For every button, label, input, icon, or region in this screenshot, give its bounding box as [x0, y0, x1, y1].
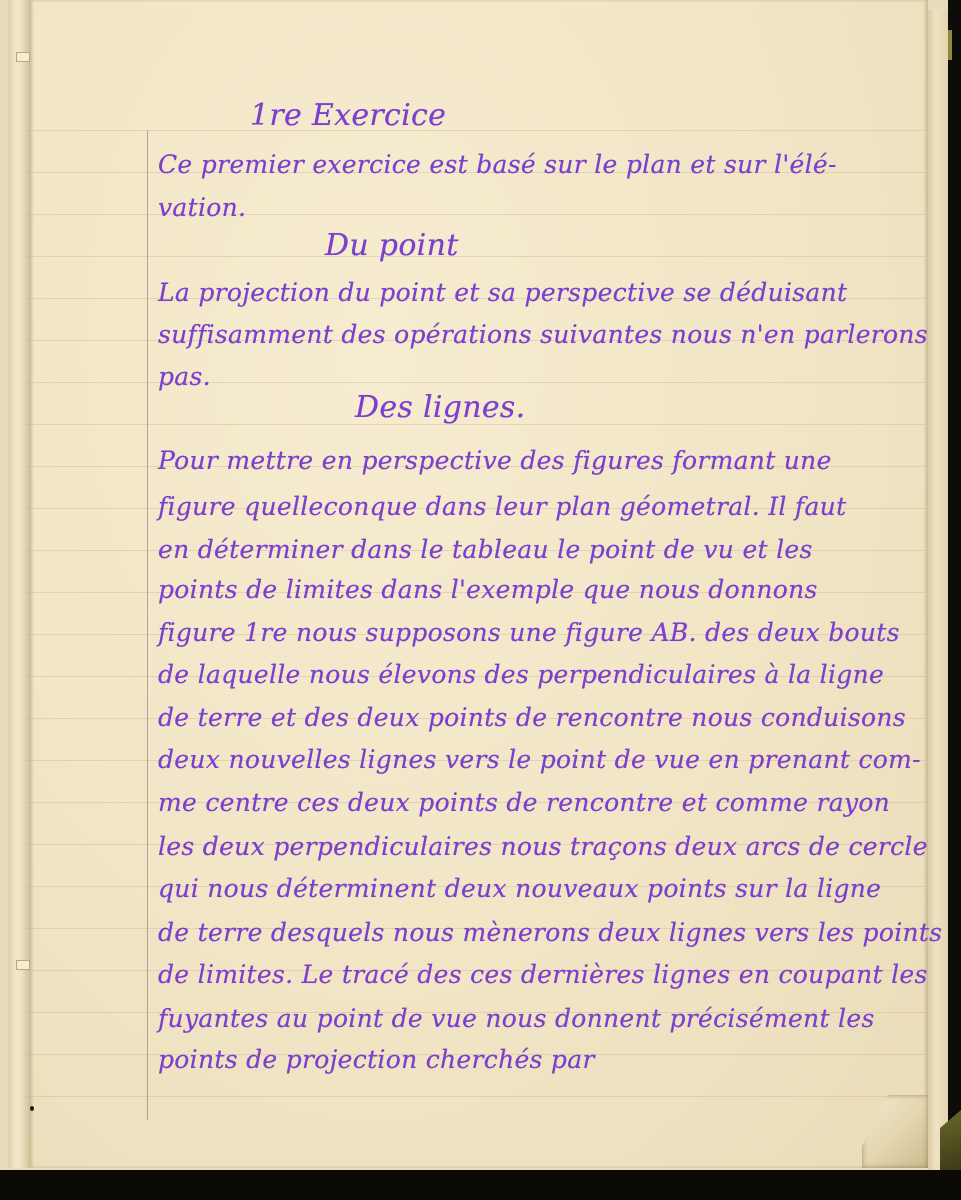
page-edge-tint: [948, 30, 952, 60]
text-line: figure quelleconque dans leur plan géome…: [158, 492, 846, 521]
text-line: qui nous déterminent deux nouveaux point…: [158, 874, 881, 903]
margin-line: [147, 130, 148, 1120]
text-line: les deux perpendiculaires nous traçons d…: [158, 832, 928, 861]
text-line: figure 1re nous supposons une figure AB.…: [158, 618, 900, 647]
text-line: Ce premier exercice est basé sur le plan…: [158, 150, 837, 179]
text-line: points de limites dans l'exemple que nou…: [158, 575, 818, 604]
text-line: de laquelle nous élevons des perpendicul…: [158, 660, 884, 689]
next-page-edge: [928, 10, 948, 1170]
text-line: fuyantes au point de vue nous donnent pr…: [158, 1004, 875, 1033]
text-line: Pour mettre en perspective des figures f…: [158, 446, 832, 475]
text-line: de terre desquels nous mènerons deux lig…: [158, 918, 942, 947]
binding-shadow: [30, 0, 34, 1168]
text-line: en déterminer dans le tableau le point d…: [158, 535, 813, 564]
text-line: me centre ces deux points de rencontre e…: [158, 788, 890, 817]
text-line: vation.: [158, 193, 246, 222]
text-line: de terre et des deux points de rencontre…: [158, 703, 906, 732]
heading-du-point: Du point: [325, 228, 459, 263]
text-line: points de projection cherchés par: [158, 1045, 595, 1074]
text-line: La projection du point et sa perspective…: [158, 278, 847, 307]
text-line: de limites. Le tracé des ces dernières l…: [158, 960, 928, 989]
text-line: pas.: [158, 362, 211, 391]
binding-stitch: [16, 52, 30, 62]
binding-stitch: [16, 960, 30, 970]
ink-spot: [30, 1106, 34, 1111]
page-binding: [8, 0, 30, 1168]
text-line: suffisamment des opérations suivantes no…: [158, 320, 928, 349]
background-shadow: [0, 1170, 961, 1200]
heading-exercice: 1re Exercice: [250, 98, 446, 133]
text-line: deux nouvelles lignes vers le point de v…: [158, 745, 921, 774]
heading-des-lignes: Des lignes.: [355, 390, 525, 425]
